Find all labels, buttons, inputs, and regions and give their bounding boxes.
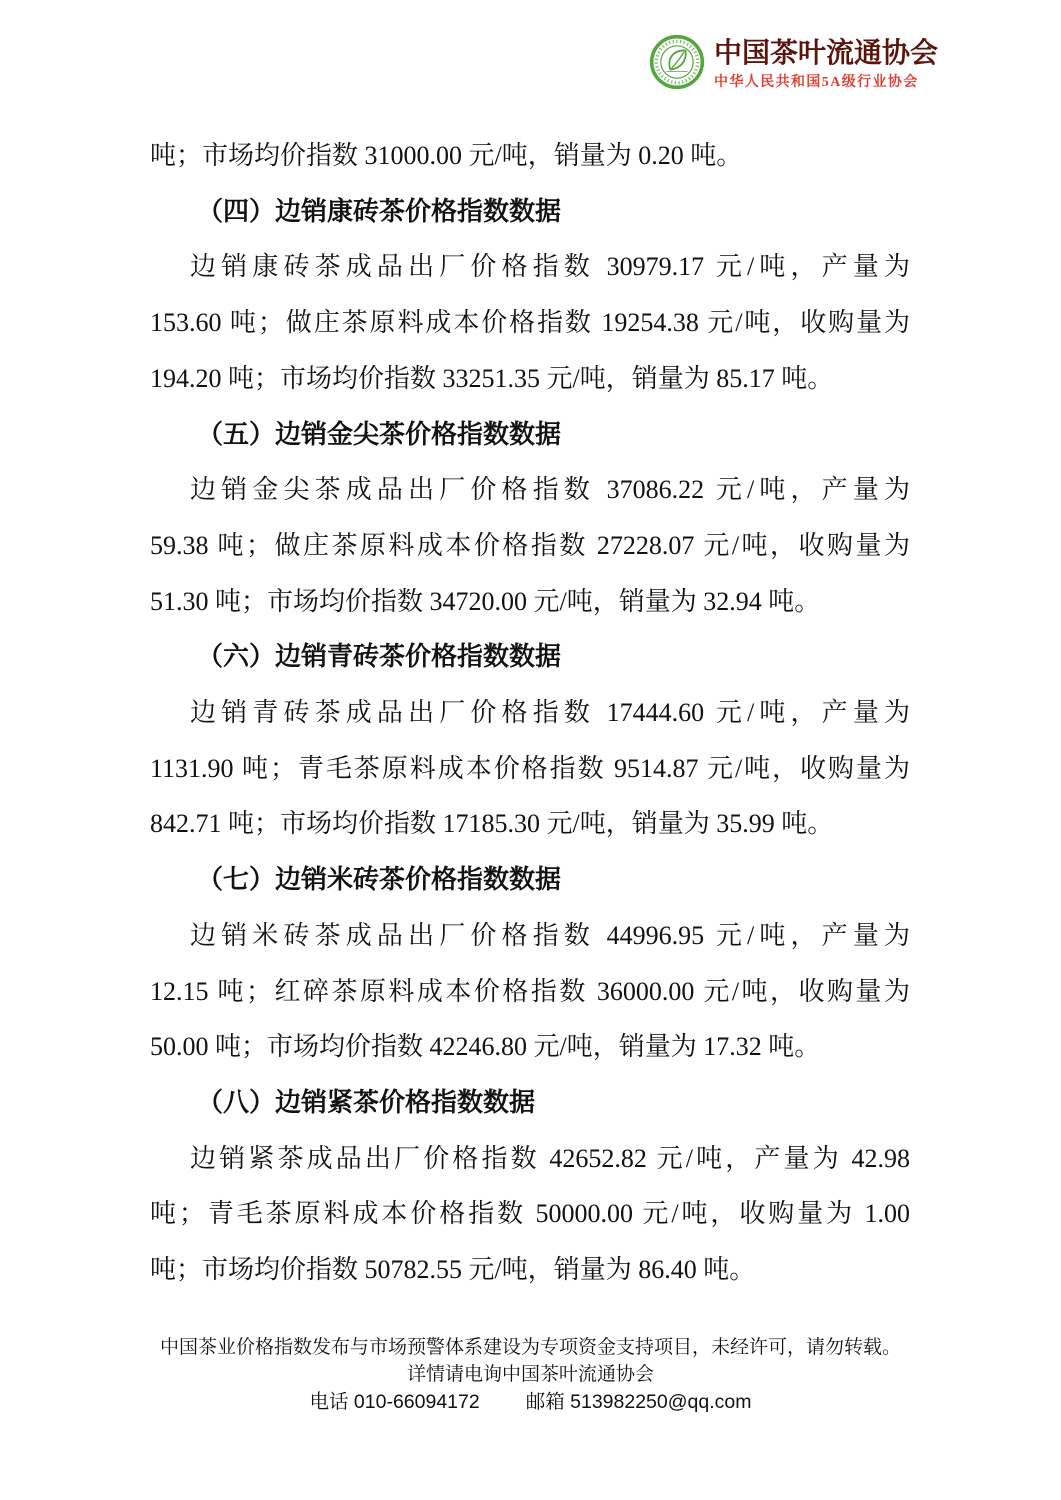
section-heading: （四）边销康砖茶价格指数数据	[150, 184, 910, 240]
paragraph-line: 边销紧茶成品出厂价格指数 42652.82 元/吨，产量为 42.98	[150, 1131, 910, 1187]
org-subtitle: 中华人民共和国5A级行业协会	[714, 71, 938, 91]
document-body: 吨；市场均价指数 31000.00 元/吨，销量为 0.20 吨。 （四）边销康…	[150, 128, 910, 1298]
document-footer: 中国茶业价格指数发布与市场预警体系建设为专项资金支持项目，未经许可，请勿转载。 …	[0, 1334, 1061, 1416]
paragraph-line: 边销康砖茶成品出厂价格指数 30979.17 元/吨，产量为	[150, 239, 910, 295]
org-name: 中国茶叶流通协会	[714, 39, 938, 68]
section-jinjian: （五）边销金尖茶价格指数数据 边销金尖茶成品出厂价格指数 37086.22 元/…	[150, 407, 910, 630]
org-logo: 中国茶叶流通协会 中华人民共和国5A级行业协会	[649, 34, 938, 91]
phone-number: 电话 010-66094172	[310, 1391, 480, 1413]
paragraph-line: 842.71 吨；市场均价指数 17185.30 元/吨，销量为 35.99 吨…	[150, 796, 910, 852]
contact-line: 电话 010-66094172邮箱 513982250@qq.com	[0, 1388, 1061, 1416]
section-heading: （六）边销青砖茶价格指数数据	[150, 629, 910, 685]
paragraph-line: 边销青砖茶成品出厂价格指数 17444.60 元/吨，产量为	[150, 685, 910, 741]
org-logo-text: 中国茶叶流通协会 中华人民共和国5A级行业协会	[714, 34, 938, 91]
paragraph-line: 153.60 吨；做庄茶原料成本价格指数 19254.38 元/吨，收购量为	[150, 295, 910, 351]
paragraph-line: 50.00 吨；市场均价指数 42246.80 元/吨，销量为 17.32 吨。	[150, 1019, 910, 1075]
section-mizhuan: （七）边销米砖茶价格指数数据 边销米砖茶成品出厂价格指数 44996.95 元/…	[150, 852, 910, 1075]
section-heading: （五）边销金尖茶价格指数数据	[150, 407, 910, 463]
paragraph-line: 12.15 吨；红碎茶原料成本价格指数 36000.00 元/吨，收购量为	[150, 964, 910, 1020]
paragraph-line: 51.30 吨；市场均价指数 34720.00 元/吨，销量为 32.94 吨。	[150, 574, 910, 630]
paragraph-line: 吨；青毛茶原料成本价格指数 50000.00 元/吨，收购量为 1.00	[150, 1186, 910, 1242]
tea-leaf-emblem-icon	[649, 34, 705, 90]
inquiry-line: 详情请电询中国茶叶流通协会	[0, 1361, 1061, 1388]
paragraph-line: 吨；市场均价指数 50782.55 元/吨，销量为 86.40 吨。	[150, 1242, 910, 1298]
copyright-notice: 中国茶业价格指数发布与市场预警体系建设为专项资金支持项目，未经许可，请勿转载。	[0, 1334, 1061, 1361]
email-address: 邮箱 513982250@qq.com	[526, 1391, 752, 1413]
document-page: 中国茶叶流通协会 中华人民共和国5A级行业协会 吨；市场均价指数 31000.0…	[0, 0, 1061, 1500]
section-qingzhuan: （六）边销青砖茶价格指数数据 边销青砖茶成品出厂价格指数 17444.60 元/…	[150, 629, 910, 852]
paragraph-line: 59.38 吨；做庄茶原料成本价格指数 27228.07 元/吨，收购量为	[150, 518, 910, 574]
paragraph-line: 边销米砖茶成品出厂价格指数 44996.95 元/吨，产量为	[150, 908, 910, 964]
section-heading: （七）边销米砖茶价格指数数据	[150, 852, 910, 908]
paragraph-line: 1131.90 吨；青毛茶原料成本价格指数 9514.87 元/吨，收购量为	[150, 741, 910, 797]
section-kangzhuan: （四）边销康砖茶价格指数数据 边销康砖茶成品出厂价格指数 30979.17 元/…	[150, 184, 910, 407]
paragraph-line: 边销金尖茶成品出厂价格指数 37086.22 元/吨，产量为	[150, 462, 910, 518]
section-jincha: （八）边销紧茶价格指数数据 边销紧茶成品出厂价格指数 42652.82 元/吨，…	[150, 1075, 910, 1298]
section-heading: （八）边销紧茶价格指数数据	[150, 1075, 910, 1131]
paragraph-line: 194.20 吨；市场均价指数 33251.35 元/吨，销量为 85.17 吨…	[150, 351, 910, 407]
carryover-line: 吨；市场均价指数 31000.00 元/吨，销量为 0.20 吨。	[150, 128, 910, 184]
